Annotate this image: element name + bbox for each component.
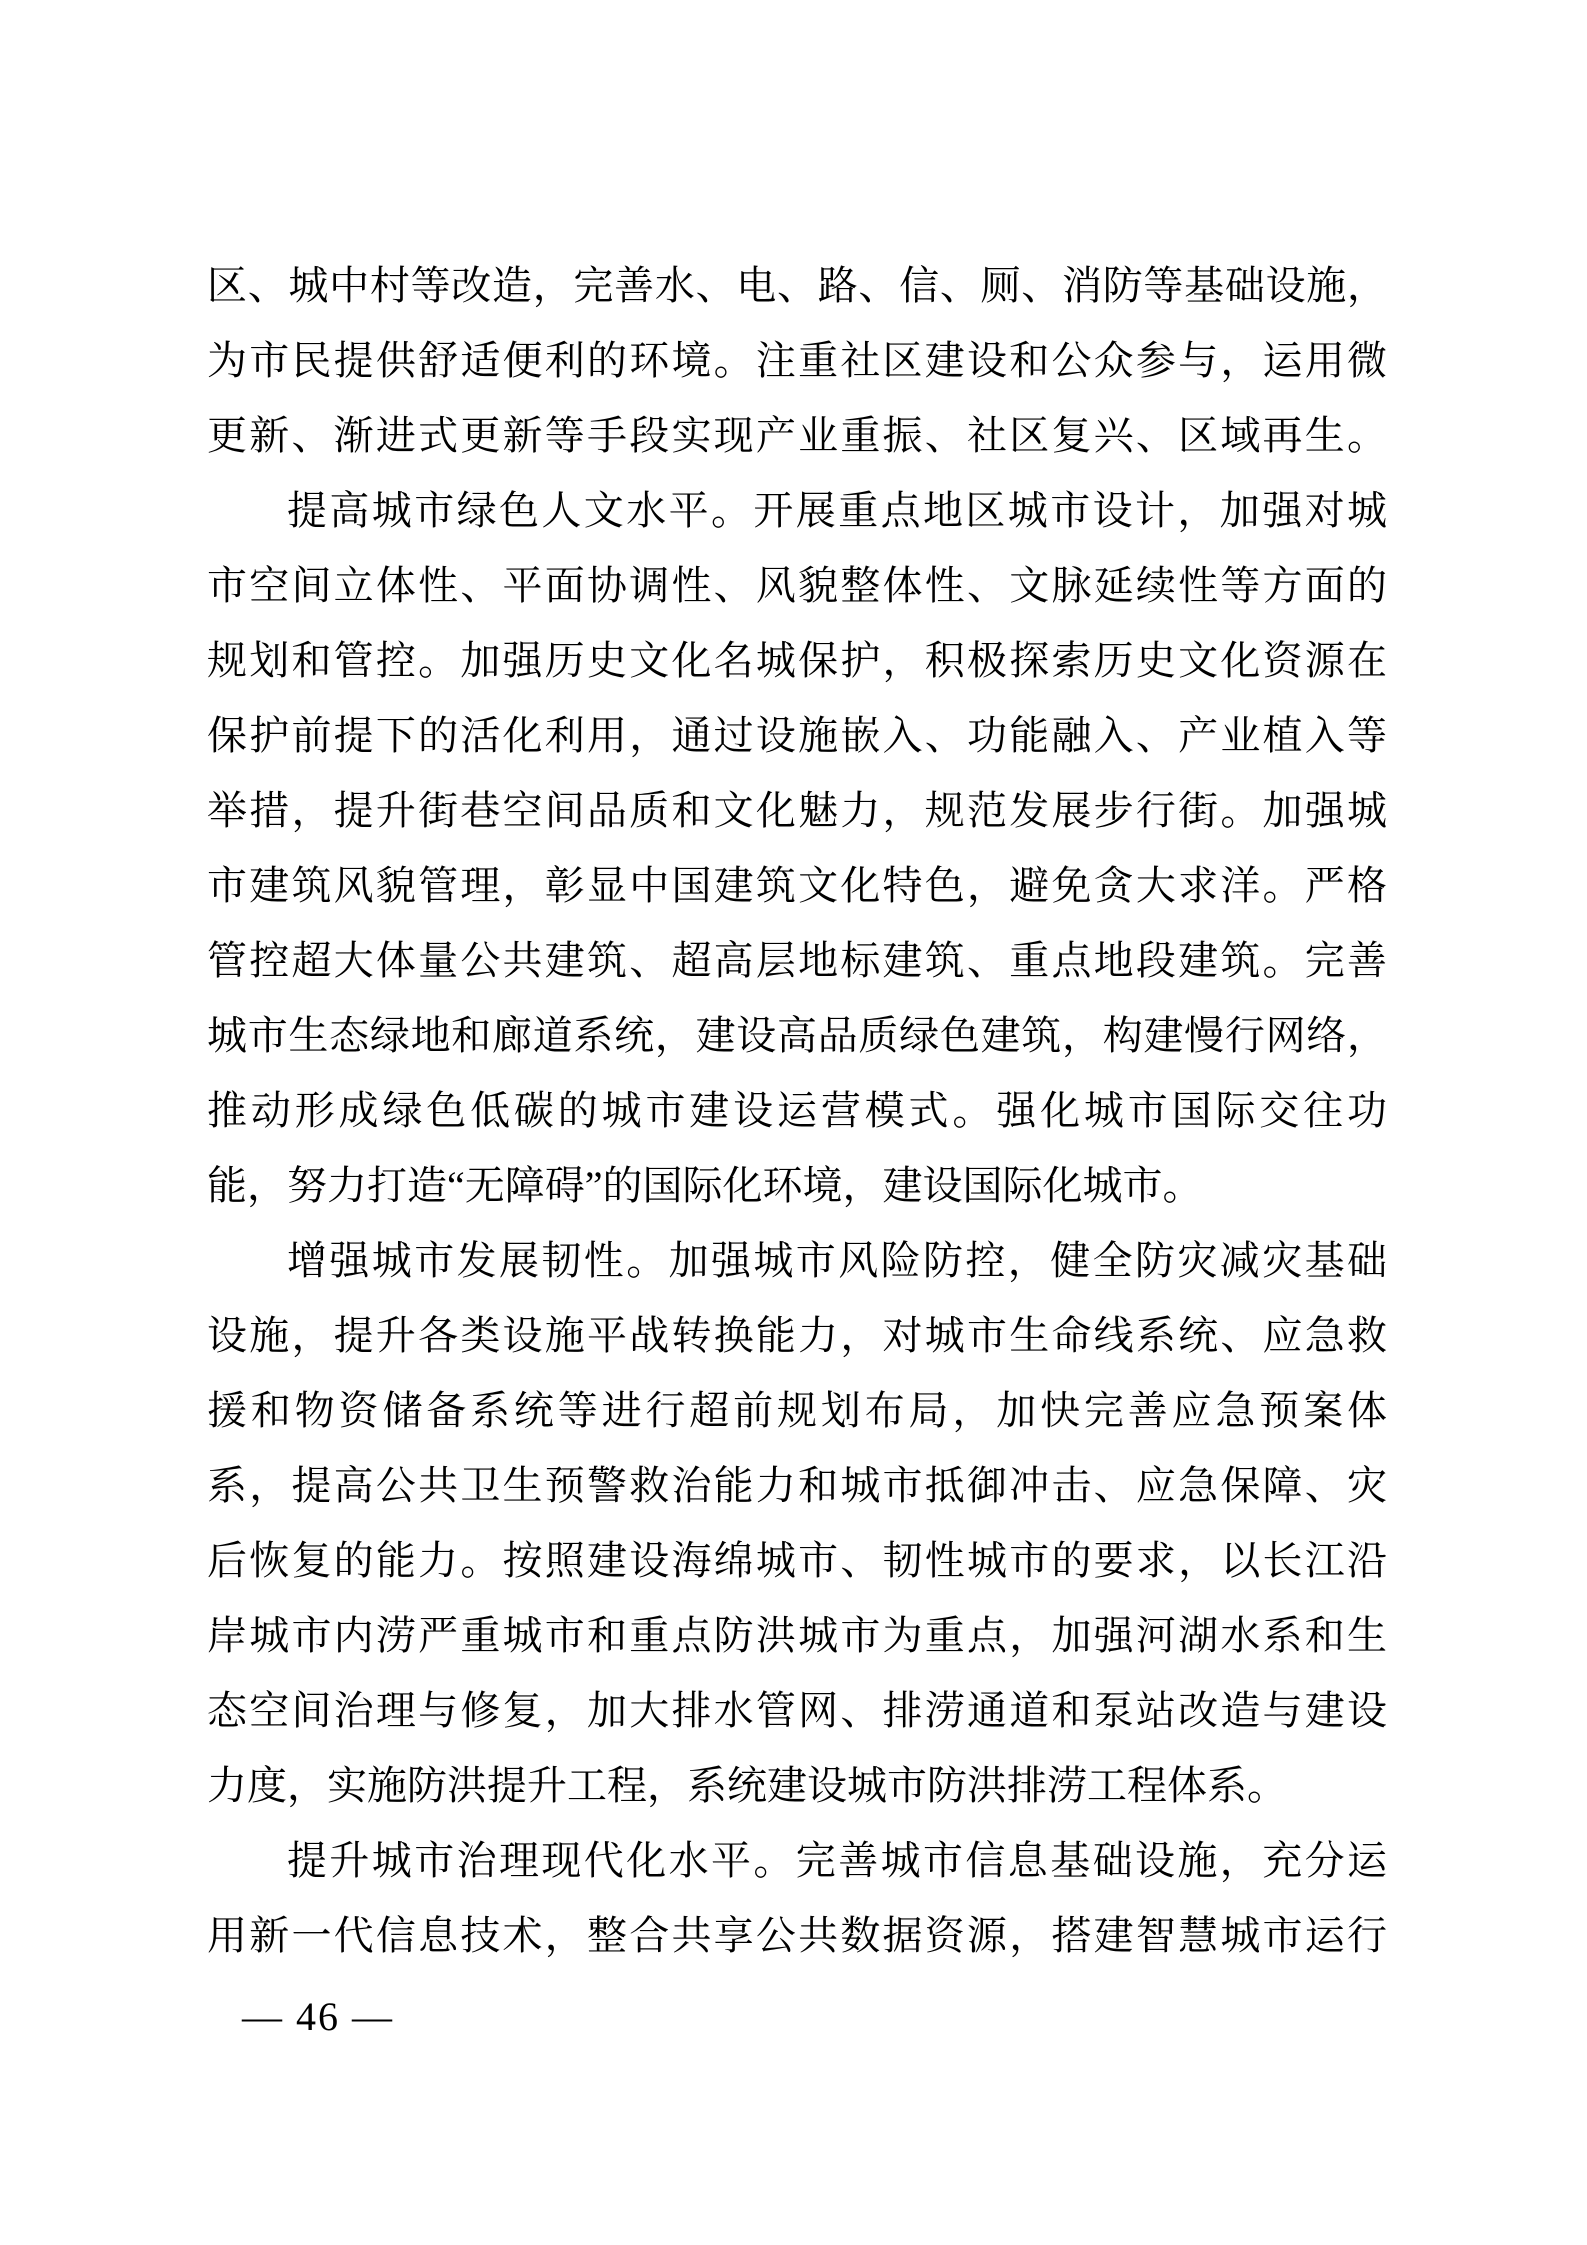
text-line: 态空间治理与修复，加大排水管网、排涝通道和泵站改造与建设 — [207, 1673, 1387, 1748]
text-line: 力度，实施防洪提升工程，系统建设城市防洪排涝工程体系。 — [207, 1748, 1387, 1823]
text-block: 区、城中村等改造，完善水、电、路、信、厕、消防等基础设施，为市民提供舒适便利的环… — [207, 248, 1387, 1973]
text-line: 后恢复的能力。按照建设海绵城市、韧性城市的要求，以长江沿 — [207, 1523, 1387, 1598]
text-line: 为市民提供舒适便利的环境。注重社区建设和公众参与，运用微 — [207, 323, 1387, 398]
text-line: 管控超大体量公共建筑、超高层地标建筑、重点地段建筑。完善 — [207, 923, 1387, 998]
page-footer: — 46 — — [242, 1995, 394, 2039]
page-number: — 46 — — [242, 1994, 394, 2039]
text-line: 举措，提升街巷空间品质和文化魅力，规范发展步行街。加强城 — [207, 773, 1387, 848]
document-page: 区、城中村等改造，完善水、电、路、信、厕、消防等基础设施，为市民提供舒适便利的环… — [0, 0, 1587, 2245]
text-line: 区、城中村等改造，完善水、电、路、信、厕、消防等基础设施， — [207, 248, 1387, 323]
text-line: 更新、渐进式更新等手段实现产业重振、社区复兴、区域再生。 — [207, 398, 1387, 473]
text-line: 援和物资储备系统等进行超前规划布局，加快完善应急预案体 — [207, 1373, 1387, 1448]
text-line: 提升城市治理现代化水平。完善城市信息基础设施，充分运 — [207, 1823, 1387, 1898]
text-line: 设施，提升各类设施平战转换能力，对城市生命线系统、应急救 — [207, 1298, 1387, 1373]
text-line: 岸城市内涝严重城市和重点防洪城市为重点，加强河湖水系和生 — [207, 1598, 1387, 1673]
text-line: 增强城市发展韧性。加强城市风险防控，健全防灾减灾基础 — [207, 1223, 1387, 1298]
text-line: 系，提高公共卫生预警救治能力和城市抵御冲击、应急保障、灾 — [207, 1448, 1387, 1523]
text-line: 规划和管控。加强历史文化名城保护，积极探索历史文化资源在 — [207, 623, 1387, 698]
text-line: 市建筑风貌管理，彰显中国建筑文化特色，避免贪大求洋。严格 — [207, 848, 1387, 923]
text-line: 保护前提下的活化利用，通过设施嵌入、功能融入、产业植入等 — [207, 698, 1387, 773]
text-line: 提高城市绿色人文水平。开展重点地区城市设计，加强对城 — [207, 473, 1387, 548]
text-line: 能，努力打造“无障碍”的国际化环境，建设国际化城市。 — [207, 1148, 1387, 1223]
text-line: 用新一代信息技术，整合共享公共数据资源，搭建智慧城市运行 — [207, 1898, 1387, 1973]
text-line: 市空间立体性、平面协调性、风貌整体性、文脉延续性等方面的 — [207, 548, 1387, 623]
text-line: 城市生态绿地和廊道系统，建设高品质绿色建筑，构建慢行网络， — [207, 998, 1387, 1073]
text-line: 推动形成绿色低碳的城市建设运营模式。强化城市国际交往功 — [207, 1073, 1387, 1148]
